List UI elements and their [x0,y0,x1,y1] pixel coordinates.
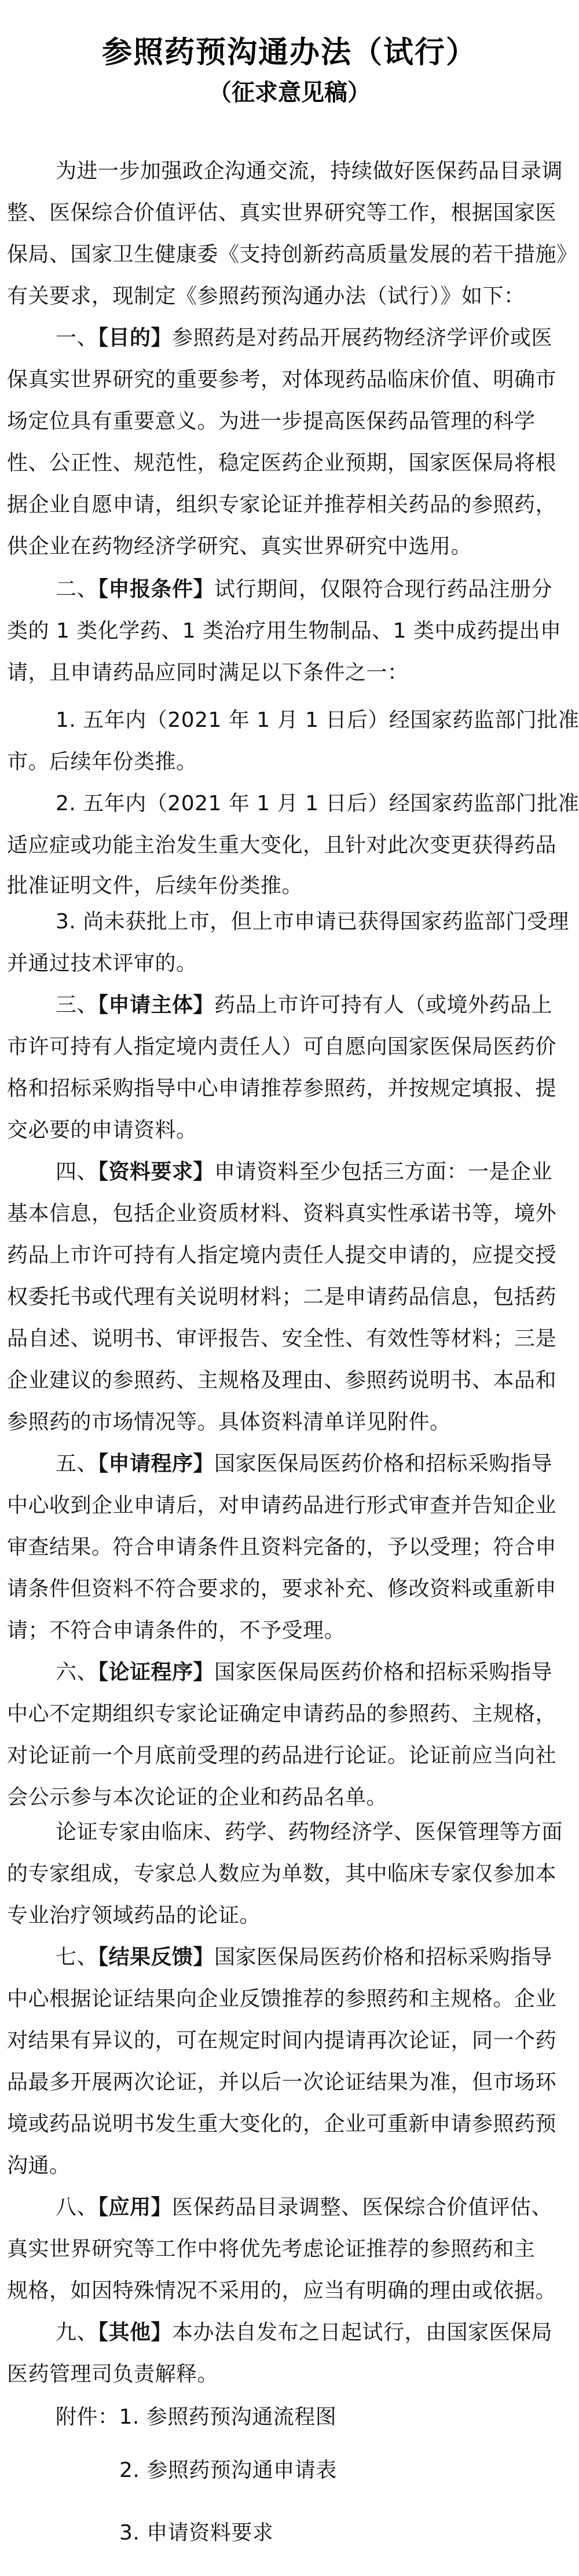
line-text: 对论证前一个月底前受理的药品进行论证。论证前应当向社 [7,1744,556,1768]
section-heading-line: 二、【申报条件】试行期间，仅限符合现行药品注册分 [56,577,579,602]
line-text: 格和招标采购指导中心申请推荐参照药，并按规定填报、提 [7,1077,556,1100]
body-text-line: 对论证前一个月底前受理的药品进行论证。论证前应当向社 [7,1743,574,1769]
body-text-line: 专业治疗领域药品的论证。 [7,1903,574,1929]
line-text: 国家医保局医药价格和招标采购指导 [214,1945,552,1969]
body-text-line: 为进一步加强政企沟通交流，持续做好医保药品目录调 [56,159,579,184]
body-text-line: 审查结果。符合申请条件且资料完备的，予以受理；符合申 [7,1535,574,1560]
section-number: 一、 [56,326,98,350]
body-text-line: 对结果有异议的，可在规定时间内提请再次论证，同一个药 [7,2028,574,2054]
line-text: 医药管理司负责解释。 [7,2362,218,2386]
line-text: 并通过技术评审的。 [7,952,197,975]
line-text: 批准证明文件，后续年份类推。 [7,874,303,898]
section-label: 【申请程序】 [98,1452,214,1476]
body-text-line: 保真实世界研究的重要参考，对体现药品临床价值、明确市 [7,367,574,393]
body-text-line: 企业建议的参照药、主规格及理由、参照药说明书、本品和 [7,1368,574,1393]
body-text-line: 适应症或功能主治发生重大变化，且针对此次变更获得药品 [7,833,574,858]
body-text-line: 中心收到企业申请后，对申请药品进行形式审查并告知企业 [7,1493,574,1518]
body-text-line: 品最多开展两次论证，并以后一次论证结果为准，但市场环 [7,2070,574,2095]
line-text: 为进一步加强政企沟通交流，持续做好医保药品目录调 [56,159,563,183]
line-text: 沟通。 [7,2154,71,2178]
line-text: 请；不符合申请条件的，不予受理。 [7,1619,345,1642]
line-text: 对结果有异议的，可在规定时间内提请再次论证，同一个药 [7,2029,556,2052]
line-text: 据企业自愿申请，组织专家论证并推荐相关药品的参照药， [7,493,556,517]
line-text: 论证专家由临床、药学、药物经济学、医保管理等方面 [56,1820,563,1844]
section-label: 【其他】 [98,2321,172,2344]
line-text: 保真实世界研究的重要参考，对体现药品临床价值、明确市 [7,368,556,391]
attachments-label: 附件： [56,2405,119,2429]
body-text-line: 整、医保综合价值评估、真实世界研究等工作，根据国家医 [7,200,574,226]
section-heading-line: 七、【结果反馈】国家医保局医药价格和招标采购指导 [56,1945,579,1970]
section-heading-line: 九、【其他】本办法自发布之日起试行，由国家医保局 [56,2320,579,2346]
section-label: 【论证程序】 [98,1660,214,1684]
line-text: 基本信息，包括企业资质材料、资料真实性承诺书等，境外 [7,1202,556,1225]
section-number: 二、 [56,577,98,601]
line-text: 权委托书或代理有关说明材料；二是申请药品信息，包括药 [7,1285,556,1309]
section-number: 五、 [56,1452,98,1476]
line-text: 请，且申请药品应同时满足以下条件之一： [7,661,409,685]
line-text: 医保药品目录调整、医保综合价值评估、 [172,2196,552,2219]
body-text-line: 中心根据论证结果向企业反馈推荐的参照药和主规格。企业 [7,1986,574,2012]
line-text: 国家医保局医药价格和招标采购指导 [214,1660,552,1684]
line-text: 保局、国家卫生健康委《支持创新药高质量发展的若干措施》 [7,243,578,266]
body-text-line: 参照药的市场情况等。具体资料清单详见附件。 [7,1410,574,1435]
line-text: 中心根据论证结果向企业反馈推荐的参照药和主规格。企业 [7,1987,556,2011]
attachment-text: 1. 参照药预沟通流程图 [119,2405,337,2429]
line-text: 市许可持有人指定境内责任人）可自愿向国家医保局医药价 [7,1035,556,1059]
line-text: 类的 1 类化学药、1 类治疗用生物制品、1 类中成药提出申 [7,619,562,643]
line-text: 供企业在药物经济学研究、真实世界研究中选用。 [7,535,472,558]
body-text-line: 供企业在药物经济学研究、真实世界研究中选用。 [7,534,574,559]
body-text-line: 真实世界研究等工作中将优先考虑论证推荐的参照药和主 [7,2237,574,2262]
body-text-line: 论证专家由临床、药学、药物经济学、医保管理等方面 [56,1820,579,1845]
section-heading-line: 八、【应用】医保药品目录调整、医保综合价值评估、 [56,2195,579,2220]
body-text-line: 会公示参与本次论证的企业和药品名单。 [7,1785,574,1810]
body-text-line: 医药管理司负责解释。 [7,2362,574,2387]
body-text-line: 沟通。 [7,2153,574,2179]
line-text: 本办法自发布之日起试行，由国家医保局 [172,2321,552,2344]
line-text: 申请资料至少包括三方面：一是企业 [214,1160,552,1184]
line-text: 场定位具有重要意义。为进一步提高医保药品管理的科学 [7,409,536,433]
line-text: 参照药的市场情况等。具体资料清单详见附件。 [7,1410,451,1434]
line-text: 真实世界研究等工作中将优先考虑论证推荐的参照药和主 [7,2237,536,2261]
section-label: 【结果反馈】 [98,1945,214,1969]
line-text: 1. 五年内（2021 年 1 月 1 日后）经国家药监部门批准上 [56,708,579,732]
body-text-line: 1. 五年内（2021 年 1 月 1 日后）经国家药监部门批准上 [56,708,579,733]
document-subtitle: （征求意见稿） [0,74,579,107]
section-number: 四、 [56,1160,98,1184]
section-number: 六、 [56,1660,98,1684]
attachment-item: 3. 申请资料要求 [119,2520,579,2546]
section-heading-line: 三、【申请主体】药品上市许可持有人（或境外药品上 [56,993,579,1018]
body-text-line: 类的 1 类化学药、1 类治疗用生物制品、1 类中成药提出申 [7,619,574,644]
body-text-line: 保局、国家卫生健康委《支持创新药高质量发展的若干措施》 [7,242,574,268]
body-text-line: 境或药品说明书发生重大变化的，企业可重新申请参照药预 [7,2112,574,2137]
body-text-line: 市。后续年份类推。 [7,749,574,775]
body-text-line: 市许可持有人指定境内责任人）可自愿向国家医保局医药价 [7,1034,574,1060]
line-text: 参照药是对药品开展药物经济学评价或医 [172,326,552,350]
line-text: 品最多开展两次论证，并以后一次论证结果为准，但市场环 [7,2070,556,2094]
section-number: 七、 [56,1945,98,1969]
document-title: 参照药预沟通办法（试行） [0,28,579,71]
line-text: 品自述、说明书、审评报告、安全性、有效性等材料；三是 [7,1327,556,1351]
line-text: 药品上市许可持有人指定境内责任人提交申请的，应提交授 [7,1243,556,1267]
line-text: 中心不定期组织专家论证确定申请药品的参照药、主规格， [7,1702,556,1726]
line-text: 适应症或功能主治发生重大变化，且针对此次变更获得药品 [7,833,556,857]
attachment-text: 3. 申请资料要求 [119,2521,273,2545]
body-text-line: 品自述、说明书、审评报告、安全性、有效性等材料；三是 [7,1326,574,1352]
section-heading-line: 六、【论证程序】国家医保局医药价格和招标采购指导 [56,1660,579,1685]
body-text-line: 据企业自愿申请，组织专家论证并推荐相关药品的参照药， [7,492,574,518]
line-text: 会公示参与本次论证的企业和药品名单。 [7,1785,387,1809]
line-text: 市。后续年份类推。 [7,750,197,774]
body-text-line: 请条件但资料不符合要求的，要求补充、修改资料或重新申 [7,1576,574,1602]
section-number: 三、 [56,993,98,1017]
body-text-line: 请；不符合申请条件的，不予受理。 [7,1618,574,1644]
line-text: 审查结果。符合申请条件且资料完备的，予以受理；符合申 [7,1535,556,1559]
body-text-line: 2. 五年内（2021 年 1 月 1 日后）经国家药监部门批准， [56,791,579,817]
body-text-line: 权委托书或代理有关说明材料；二是申请药品信息，包括药 [7,1285,574,1310]
line-text: 中心收到企业申请后，对申请药品进行形式审查并告知企业 [7,1494,556,1517]
section-label: 【申请主体】 [98,993,214,1017]
line-text: 性、公正性、规范性，稳定医药企业预期，国家医保局将根 [7,451,556,475]
line-text: 国家医保局医药价格和招标采购指导 [214,1452,552,1476]
attachment-item: 附件：1. 参照药预沟通流程图 [56,2405,579,2430]
body-text-line: 批准证明文件，后续年份类推。 [7,873,574,899]
body-text-line: 交必要的申请资料。 [7,1118,574,1143]
line-text: 境或药品说明书发生重大变化的，企业可重新申请参照药预 [7,2112,556,2136]
body-text-line: 性、公正性、规范性，稳定医药企业预期，国家医保局将根 [7,451,574,476]
section-label: 【资料要求】 [98,1160,214,1184]
body-text-line: 药品上市许可持有人指定境内责任人提交申请的，应提交授 [7,1243,574,1268]
body-text-line: 的专家组成，专家总人数应为单数，其中临床专家仅参加本 [7,1861,574,1887]
section-number: 九、 [56,2321,98,2344]
line-text: 3. 尚未获批上市，但上市申请已获得国家药监部门受理 [56,910,569,934]
body-text-line: 有关要求，现制定《参照药预沟通办法（试行）》如下： [7,284,574,309]
attachment-text: 2. 参照药预沟通申请表 [119,2458,337,2482]
line-text: 2. 五年内（2021 年 1 月 1 日后）经国家药监部门批准， [56,792,579,815]
line-text: 药品上市许可持有人（或境外药品上 [214,993,552,1017]
section-heading-line: 五、【申请程序】国家医保局医药价格和招标采购指导 [56,1451,579,1477]
body-text-line: 场定位具有重要意义。为进一步提高医保药品管理的科学 [7,409,574,434]
line-text: 的专家组成，专家总人数应为单数，其中临床专家仅参加本 [7,1862,556,1886]
line-text: 有关要求，现制定《参照药预沟通办法（试行）》如下： [7,284,525,308]
attachment-item: 2. 参照药预沟通申请表 [119,2458,579,2483]
section-number: 八、 [56,2196,98,2219]
body-text-line: 规格，如因特殊情况不采用的，应当有明确的理由或依据。 [7,2278,574,2304]
body-text-line: 3. 尚未获批上市，但上市申请已获得国家药监部门受理 [56,909,579,935]
line-text: 交必要的申请资料。 [7,1118,197,1142]
section-label: 【申报条件】 [98,577,214,601]
line-text: 试行期间，仅限符合现行药品注册分 [214,577,552,601]
line-text: 企业建议的参照药、主规格及理由、参照药说明书、本品和 [7,1368,556,1392]
body-text-line: 中心不定期组织专家论证确定申请药品的参照药、主规格， [7,1702,574,1727]
section-label: 【应用】 [98,2196,172,2219]
body-text-line: 并通过技术评审的。 [7,951,574,976]
line-text: 请条件但资料不符合要求的，要求补充、修改资料或重新申 [7,1577,556,1601]
body-text-line: 基本信息，包括企业资质材料、资料真实性承诺书等，境外 [7,1201,574,1227]
section-heading-line: 四、【资料要求】申请资料至少包括三方面：一是企业 [56,1159,579,1185]
body-text-line: 格和招标采购指导中心申请推荐参照药，并按规定填报、提 [7,1076,574,1102]
line-text: 整、医保综合价值评估、真实世界研究等工作，根据国家医 [7,201,556,225]
line-text: 专业治疗领域药品的论证。 [7,1904,261,1927]
body-text-line: 请，且申请药品应同时满足以下条件之一： [7,660,574,686]
section-label: 【目的】 [98,326,172,350]
line-text: 规格，如因特殊情况不采用的，应当有明确的理由或依据。 [7,2279,556,2303]
section-heading-line: 一、【目的】参照药是对药品开展药物经济学评价或医 [56,325,579,351]
